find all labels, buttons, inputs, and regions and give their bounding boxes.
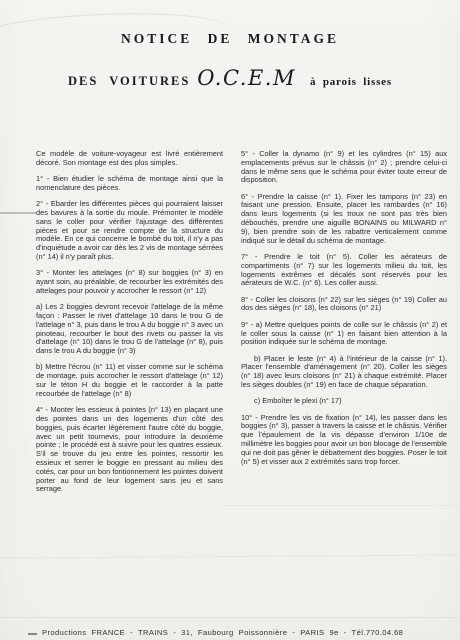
- subtitle-suffix: à parois lisses: [310, 76, 392, 88]
- step-3b: b) Mettre l'écrou (n° 11) et visser comm…: [36, 363, 223, 398]
- left-column: Ce modèle de voiture-voyageur est livré …: [36, 150, 223, 502]
- publisher-imprint: Productions FRANCE - TRAINS - 31, Faubou…: [42, 628, 403, 637]
- intro-paragraph: Ce modèle de voiture-voyageur est livré …: [36, 150, 223, 168]
- step-2: 2° - Ebarder les différentes pièces qui …: [36, 200, 223, 262]
- step-10: 10° - Prendre les vis de fixation (n° 14…: [241, 414, 447, 467]
- scan-line-artifact: [0, 212, 36, 214]
- step-9b: b) Placer le leste (n° 4) à l'intérieur …: [241, 355, 447, 390]
- subtitle-brand-ocem: O.C.E.M: [197, 66, 296, 90]
- step-9a: 9° - a) Mettre quelques points de colle …: [241, 321, 447, 347]
- scan-line-artifact: [220, 505, 460, 506]
- step-6: 6° - Prendre la caisse (n° 1). Fixer les…: [241, 193, 447, 246]
- step-5: 5° - Coller la dynamo (n° 9) et les cyli…: [241, 150, 447, 185]
- page-subtitle: DES VOITURESO.C.E.Mà parois lisses: [0, 62, 460, 98]
- step-1: 1° - Bien étudier le schéma de montage a…: [36, 175, 223, 193]
- scanned-notice-page: NOTICE DE MONTAGE DES VOITURESO.C.E.Mà p…: [0, 0, 460, 640]
- scan-dash-artifact: [28, 633, 37, 635]
- step-7: 7° - Prendre le toit (n° 5). Coller les …: [241, 253, 447, 288]
- right-column: 5° - Coller la dynamo (n° 9) et les cyli…: [241, 150, 447, 474]
- step-3a: a) Les 2 boggies devront recevoir l'atte…: [36, 303, 223, 356]
- scan-line-artifact: [0, 554, 460, 558]
- page-title: NOTICE DE MONTAGE: [0, 31, 460, 47]
- step-9c: c) Emboîter le plexi (n° 17): [241, 397, 447, 406]
- scan-line-artifact: [0, 617, 460, 618]
- step-4: 4° - Monter les essieux à pointes (n° 13…: [36, 406, 223, 494]
- step-3: 3° - Monter les attelages (n° 8) sur bog…: [36, 269, 223, 295]
- step-8: 8° - Coller les cloisons (n° 22) sur les…: [241, 296, 447, 314]
- subtitle-prefix: DES VOITURES: [68, 74, 190, 88]
